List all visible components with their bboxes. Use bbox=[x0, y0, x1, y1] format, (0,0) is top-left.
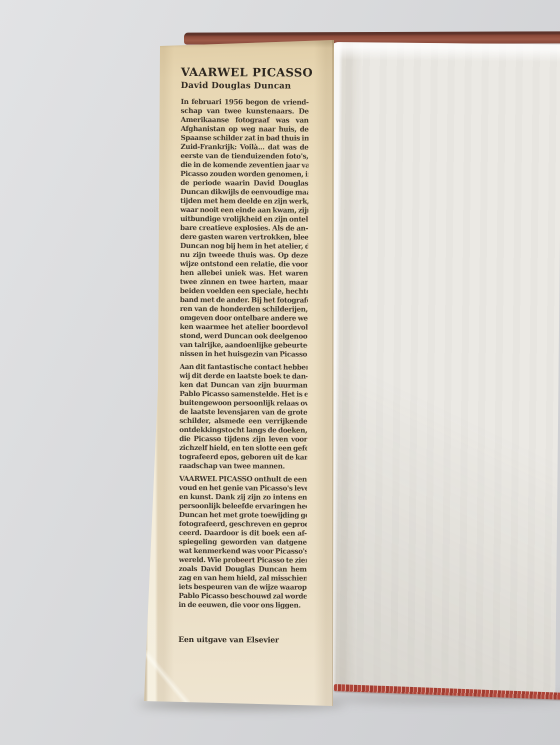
flap-printed-text: VAARWEL PICASSO David Douglas Duncan In … bbox=[178, 40, 309, 645]
flap-paragraph: Aan dit fantastische contact hebbenwij d… bbox=[179, 362, 307, 471]
photo-background: VAARWEL PICASSO David Douglas Duncan In … bbox=[0, 0, 560, 745]
flap-title: VAARWEL PICASSO bbox=[181, 66, 309, 80]
publisher-line: Een uitgave van Elsevier bbox=[178, 635, 306, 645]
text-line: raadschap van twee mannen. bbox=[179, 461, 307, 471]
flap-paragraph: In februari 1956 begon de vriend-schap v… bbox=[180, 97, 309, 359]
endpaper-page bbox=[322, 42, 560, 692]
flap-author: David Douglas Duncan bbox=[181, 81, 309, 92]
text-line: in de eeuwen, die voor ons liggen. bbox=[179, 600, 307, 610]
flap-paragraph: VAARWEL PICASSO onthult de een-voud en h… bbox=[179, 474, 308, 610]
text-line: nissen in het huisgezin van Picasso. bbox=[180, 349, 308, 359]
flap-paragraphs: In februari 1956 begon de vriend-schap v… bbox=[179, 97, 309, 610]
